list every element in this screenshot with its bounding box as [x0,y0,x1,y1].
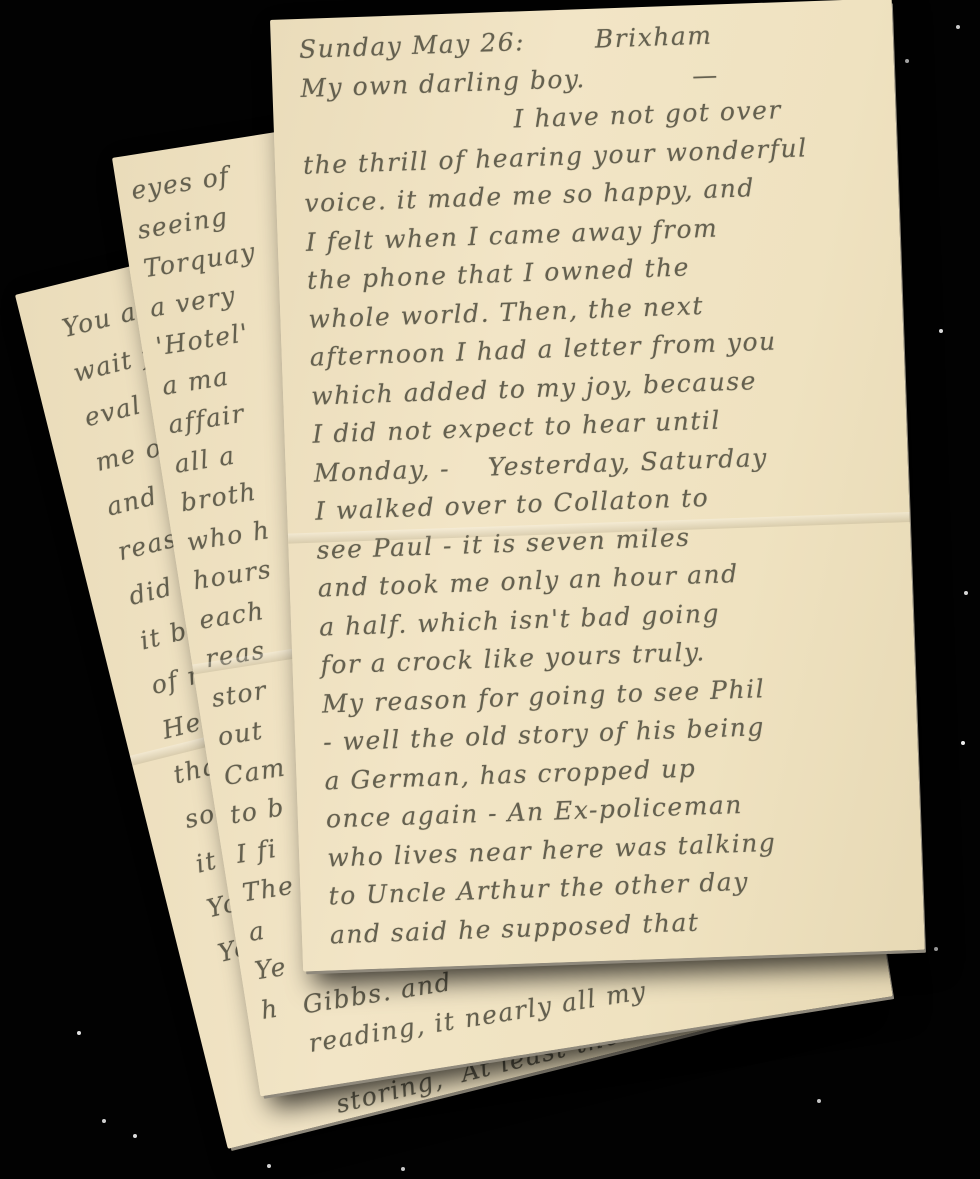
letter-place: Brixham [594,17,713,60]
photo-of-handwritten-letters: You await fevalme oandreasodidit beof mH… [0,0,980,1179]
letter-page-front: Sunday May 26: Brixham — My own darling … [270,0,925,971]
starfield-background [0,0,2,2]
letter-body-lines: My own darling boy.I have not got overth… [300,49,915,954]
place-underline-dash: — [692,56,720,95]
